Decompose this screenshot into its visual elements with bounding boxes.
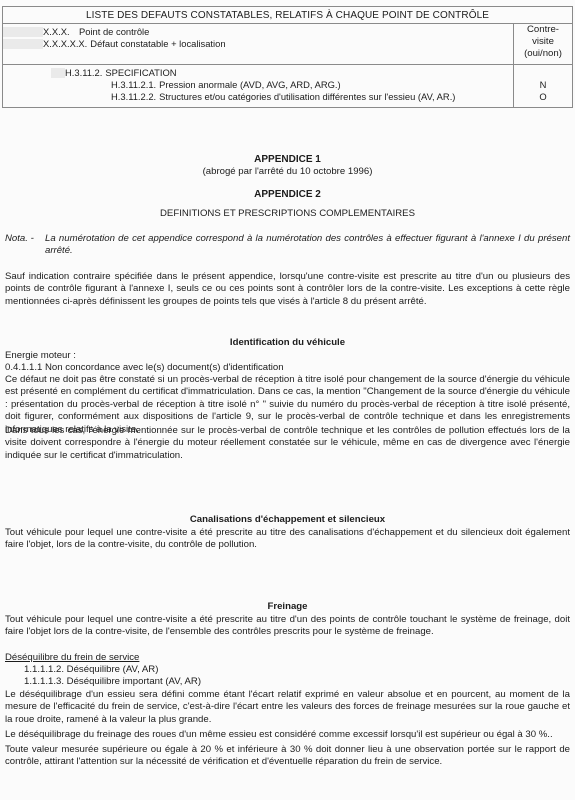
freinage-paragraph-2: Le déséquilibrage d'un essieu sera défin… bbox=[5, 689, 570, 726]
legend-label: Point de contrôle bbox=[79, 26, 149, 38]
echappement-heading: Canalisations d'échappement et silencieu… bbox=[0, 514, 575, 526]
row-label: Structures et/ou catégories d'utilisatio… bbox=[159, 91, 455, 103]
freinage-heading: Freinage bbox=[0, 601, 575, 613]
table-legend: X.X.X. Point de contrôle X.X.X.X.X. Défa… bbox=[3, 24, 514, 65]
legend-code: X.X.X.X.X. bbox=[43, 38, 87, 50]
identification-line2: 0.4.1.1.1 Non concordance avec le(s) doc… bbox=[5, 362, 284, 374]
cv-header-line: (oui/non) bbox=[514, 48, 572, 60]
dotted-indent bbox=[51, 68, 65, 78]
appendice2-title: APPENDICE 2 bbox=[0, 188, 575, 201]
table-row: H.3.11.2.1. Pression anormale (AVD, AVG,… bbox=[3, 79, 513, 91]
section-label: SPECIFICATION bbox=[105, 67, 176, 79]
dotted-indent bbox=[3, 27, 43, 37]
row-code: H.3.11.2.1. bbox=[111, 79, 156, 91]
cv-value: N bbox=[514, 79, 572, 91]
contre-visite-values: N O bbox=[514, 65, 573, 108]
row-label: Pression anormale (AVD, AVG, ARD, ARG.) bbox=[159, 79, 340, 91]
freinage-item: 1.1.1.1.2. Déséquilibre (AV, AR) bbox=[24, 664, 158, 676]
dotted-indent bbox=[3, 39, 43, 49]
defects-table: LISTE DES DEFAUTS CONSTATABLES, RELATIFS… bbox=[2, 6, 573, 108]
freinage-paragraph-3: Le déséquilibrage du freinage des roues … bbox=[5, 729, 570, 741]
freinage-item: 1.1.1.1.3. Déséquilibre important (AV, A… bbox=[24, 676, 201, 688]
legend-label: Défaut constatable + localisation bbox=[90, 38, 225, 50]
echappement-paragraph: Tout véhicule pour lequel une contre-vis… bbox=[5, 527, 570, 552]
table-body: H.3.11.2. SPECIFICATION H.3.11.2.1. Pres… bbox=[3, 65, 514, 108]
cv-value: O bbox=[514, 91, 572, 103]
contre-visite-header: Contre- visite (oui/non) bbox=[514, 24, 573, 65]
appendice2-subtitle: DEFINITIONS ET PRESCRIPTIONS COMPLEMENTA… bbox=[0, 208, 575, 220]
appendice1-title: APPENDICE 1 bbox=[0, 153, 575, 166]
identification-heading: Identification du véhicule bbox=[0, 337, 575, 349]
freinage-paragraph: Tout véhicule pour lequel une contre-vis… bbox=[5, 614, 570, 639]
freinage-subheading: Déséquilibre du frein de service bbox=[5, 652, 139, 664]
section-code: H.3.11.2. bbox=[65, 67, 102, 79]
nota-text: La numérotation de cet appendice corresp… bbox=[45, 233, 570, 258]
legend-code: X.X.X. bbox=[43, 26, 79, 38]
appendice1-subtitle: (abrogé par l'arrêté du 10 octobre 1996) bbox=[0, 166, 575, 178]
row-code: H.3.11.2.2. bbox=[111, 91, 156, 103]
identification-line1: Energie moteur : bbox=[5, 350, 76, 362]
cv-header-line: visite bbox=[514, 36, 572, 48]
cv-header-line: Contre- bbox=[514, 24, 572, 36]
identification-para2: Dans tous les cas, l'énergie mentionnée … bbox=[5, 425, 570, 462]
intro-paragraph: Sauf indication contraire spécifiée dans… bbox=[5, 271, 570, 308]
table-row: H.3.11.2.2. Structures et/ou catégories … bbox=[3, 91, 513, 103]
document-page: LISTE DES DEFAUTS CONSTATABLES, RELATIFS… bbox=[0, 0, 575, 800]
freinage-paragraph-4: Toute valeur mesurée supérieure ou égale… bbox=[5, 744, 570, 769]
table-title: LISTE DES DEFAUTS CONSTATABLES, RELATIFS… bbox=[3, 7, 573, 24]
nota-label: Nota. - bbox=[5, 233, 45, 245]
